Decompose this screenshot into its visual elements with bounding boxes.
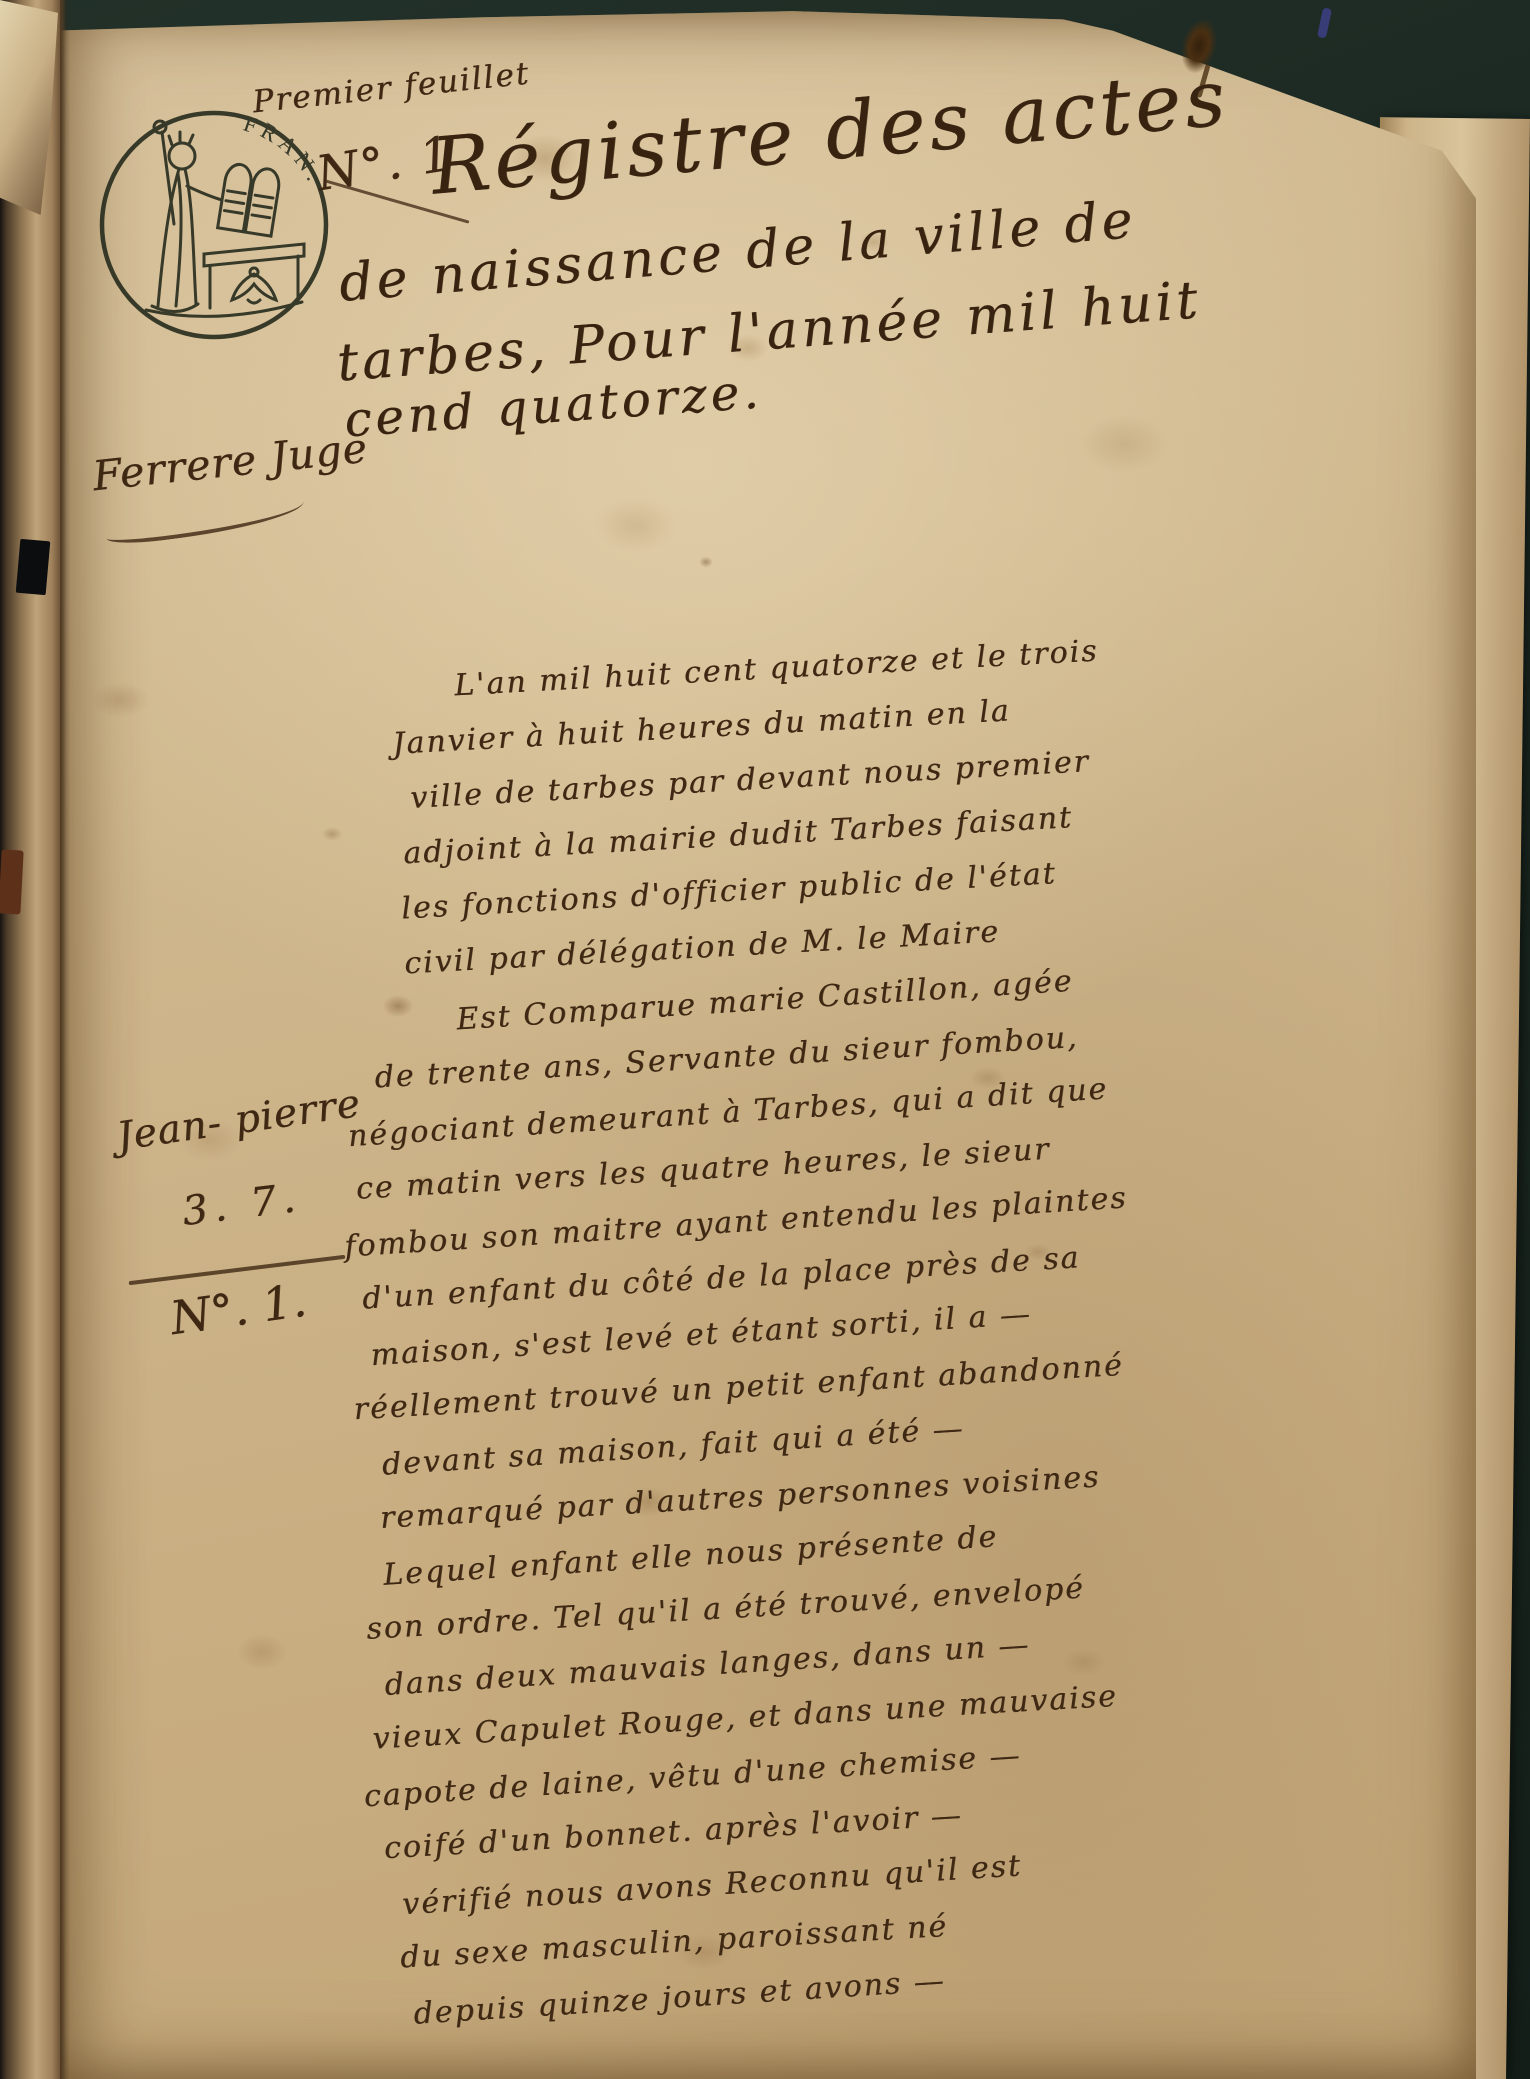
act-body-paragraph: Est Comparue marie Castillon, agéede tre… <box>330 953 1174 2041</box>
book-binding <box>0 0 66 2079</box>
scanned-register-page: FRAN. Premier feuillet N°. 1 Régistre de… <box>0 0 1530 2079</box>
spine-tab <box>16 539 51 595</box>
spine-patch <box>0 849 24 914</box>
blue-ink-mark <box>1317 7 1332 38</box>
justice-revenue-stamp-icon: FRAN. <box>92 102 336 348</box>
act-opening-paragraph: L'an mil huit cent quatorze et le troisJ… <box>388 624 1115 992</box>
binding-crease <box>60 0 70 2079</box>
